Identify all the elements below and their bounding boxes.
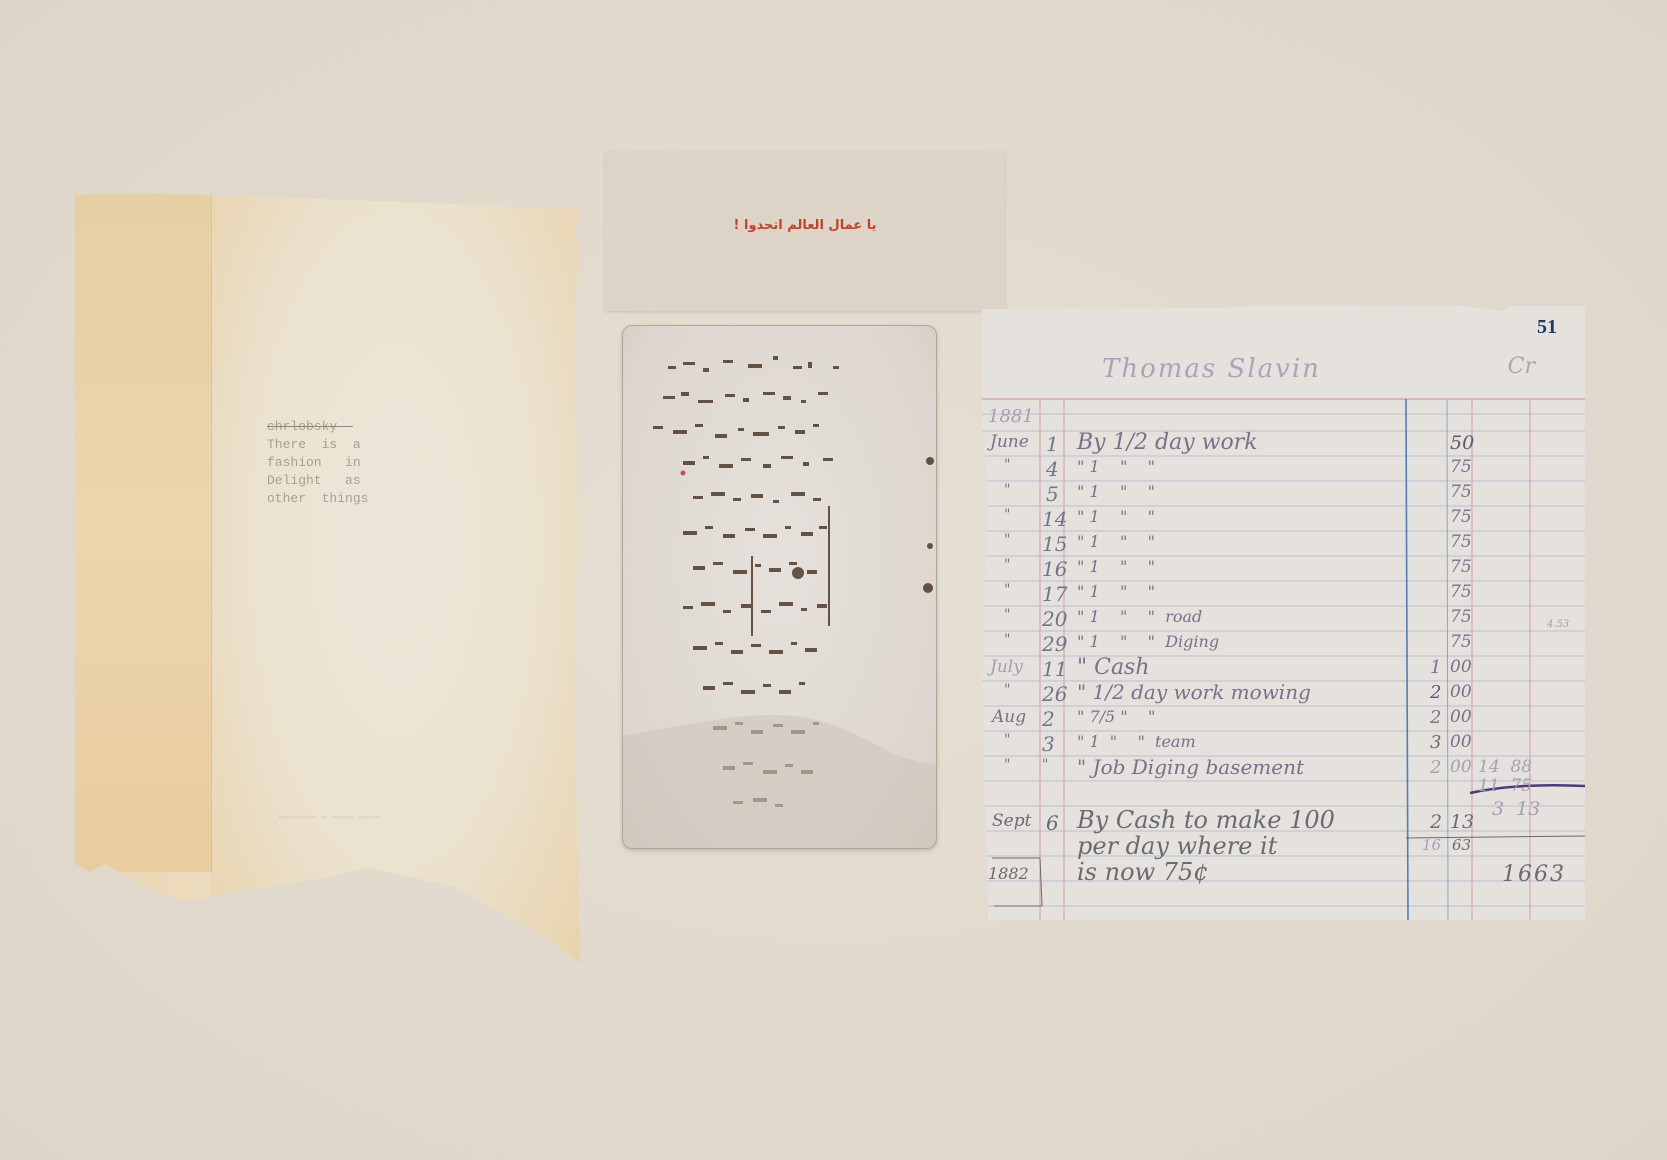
entry-cents: 00 [1450,707,1472,727]
entry-cents: 00 [1450,757,1472,777]
margin-note: 4.53 [1547,619,1569,630]
side-calc-result: 3 13 [1492,798,1540,820]
subtotal-dollars: 16 [1422,836,1441,854]
entry-month: Aug [992,707,1026,727]
credit-label: Cr [1508,354,1535,379]
entry-cents: 13 [1450,811,1474,833]
entry-desc: " 1 " " road [1077,607,1202,626]
entry-month: June [990,432,1029,452]
entry-month: " [1004,507,1010,523]
entry-month: " [1004,557,1010,573]
entry-month: July [990,657,1023,677]
subtotal-cents: 63 [1452,836,1471,854]
entry-dollars: 1 [1430,657,1441,678]
red-ink-dot [681,471,686,476]
entry-desc: " 1 " " [1077,582,1155,601]
entry-day: 2 [1042,707,1055,731]
typed-caption: ~~~~~~~ ~ ~~~~ ~~~~ [278,813,381,823]
entry-dollars: 3 [1430,732,1441,753]
page-number: 51 [1537,316,1557,339]
entry-month: " [1004,632,1010,648]
mounting-board: chrlobsky - There is a fashion in Deligh… [0,0,1667,1160]
continuation-line-1: per day where it [1077,832,1277,860]
entry-day: 20 [1042,607,1067,631]
ink-stain-pattern [623,326,936,848]
stained-card [622,325,937,849]
entry-cents: 75 [1450,457,1472,477]
entry-day: 6 [1046,811,1059,835]
entry-desc: " 1 " " [1077,532,1155,551]
arabic-slogan: يا عمال العالم اتحدوا ! [734,218,877,233]
poem-line-4: Delight as [267,473,361,488]
entry-day: 14 [1042,507,1067,531]
entry-desc: " 1/2 day work mowing [1077,680,1311,704]
entry-day: 5 [1046,482,1059,506]
entry-month: " [1004,532,1010,548]
entry-cents: 00 [1450,657,1472,677]
arabic-slip: يا عمال العالم اتحدوا ! [605,151,1005,311]
water-stain [623,715,936,848]
entry-desc: " 1 " " [1077,457,1155,476]
entry-month: " [1004,682,1010,698]
entry-day: 11 [1042,657,1067,681]
entry-day: 4 [1046,457,1059,481]
entry-dollars: 2 [1430,757,1441,778]
poem-line-2: There is a [267,437,361,452]
entry-day: 16 [1042,557,1067,581]
entry-desc: " 1 " " [1077,507,1155,526]
entry-desc: " 7/5 " " [1077,707,1155,726]
entry-cents: 75 [1450,582,1472,602]
ledger-page: 51 Thomas Slavin Cr 1881 June 1 By 1/2 d… [982,306,1585,920]
entry-desc: " 1 " " [1077,557,1155,576]
poem-line-1: chrlobsky - [267,419,353,434]
poem-line-5: other things [267,491,368,506]
entry-desc: " 1 " " Diging [1077,632,1219,651]
poem-line-3: fashion in [267,455,361,470]
inner-sheet [211,194,580,964]
final-total: 1663 [1502,862,1566,887]
entry-day: " [1042,757,1048,773]
entry-cents: 75 [1450,532,1472,552]
entry-month: " [1004,457,1010,473]
entry-dollars: 2 [1430,682,1441,703]
continuation-line-2: is now 75¢ [1077,858,1209,886]
year-end: 1882 [988,864,1029,883]
glassine-overlay [75,194,212,872]
entry-month: " [1004,732,1010,748]
entry-cents: 00 [1450,682,1472,702]
entry-cents: 75 [1450,507,1472,527]
account-name: Thomas Slavin [1102,354,1321,384]
entry-desc: By 1/2 day work [1077,430,1258,455]
entry-dollars: 2 [1430,707,1441,728]
side-calc-line-1: 14 88 [1478,757,1532,777]
typed-poem: chrlobsky - There is a fashion in Deligh… [267,418,368,508]
entry-month: " [1004,607,1010,623]
entry-day: 26 [1042,682,1067,706]
entry-month: " [1004,582,1010,598]
entry-month: Sept [992,811,1031,831]
entry-month: " [1004,482,1010,498]
entry-day: 17 [1042,582,1067,606]
entry-desc: " Job Diging basement [1077,755,1304,779]
entry-day: 29 [1042,632,1067,656]
entry-dollars: 2 [1430,811,1442,833]
side-calc-line-2: 11 75 [1478,776,1532,796]
entry-cents: 75 [1450,607,1472,627]
entry-cents: 50 [1450,432,1474,454]
entry-cents: 75 [1450,632,1472,652]
entry-month: " [1004,757,1010,773]
entry-day: 1 [1046,432,1059,456]
torn-typed-page [75,194,580,964]
entry-desc: " 1 " " team [1077,732,1196,751]
year-start: 1881 [988,406,1034,427]
entry-cents: 75 [1450,557,1472,577]
entry-day: 3 [1042,732,1055,756]
entry-cents: 75 [1450,482,1472,502]
entry-desc: " 1 " " [1077,482,1155,501]
entry-cents: 00 [1450,732,1472,752]
entry-day: 15 [1042,532,1067,556]
entry-desc: By Cash to make 100 [1077,806,1335,834]
entry-desc: " Cash [1077,655,1150,680]
